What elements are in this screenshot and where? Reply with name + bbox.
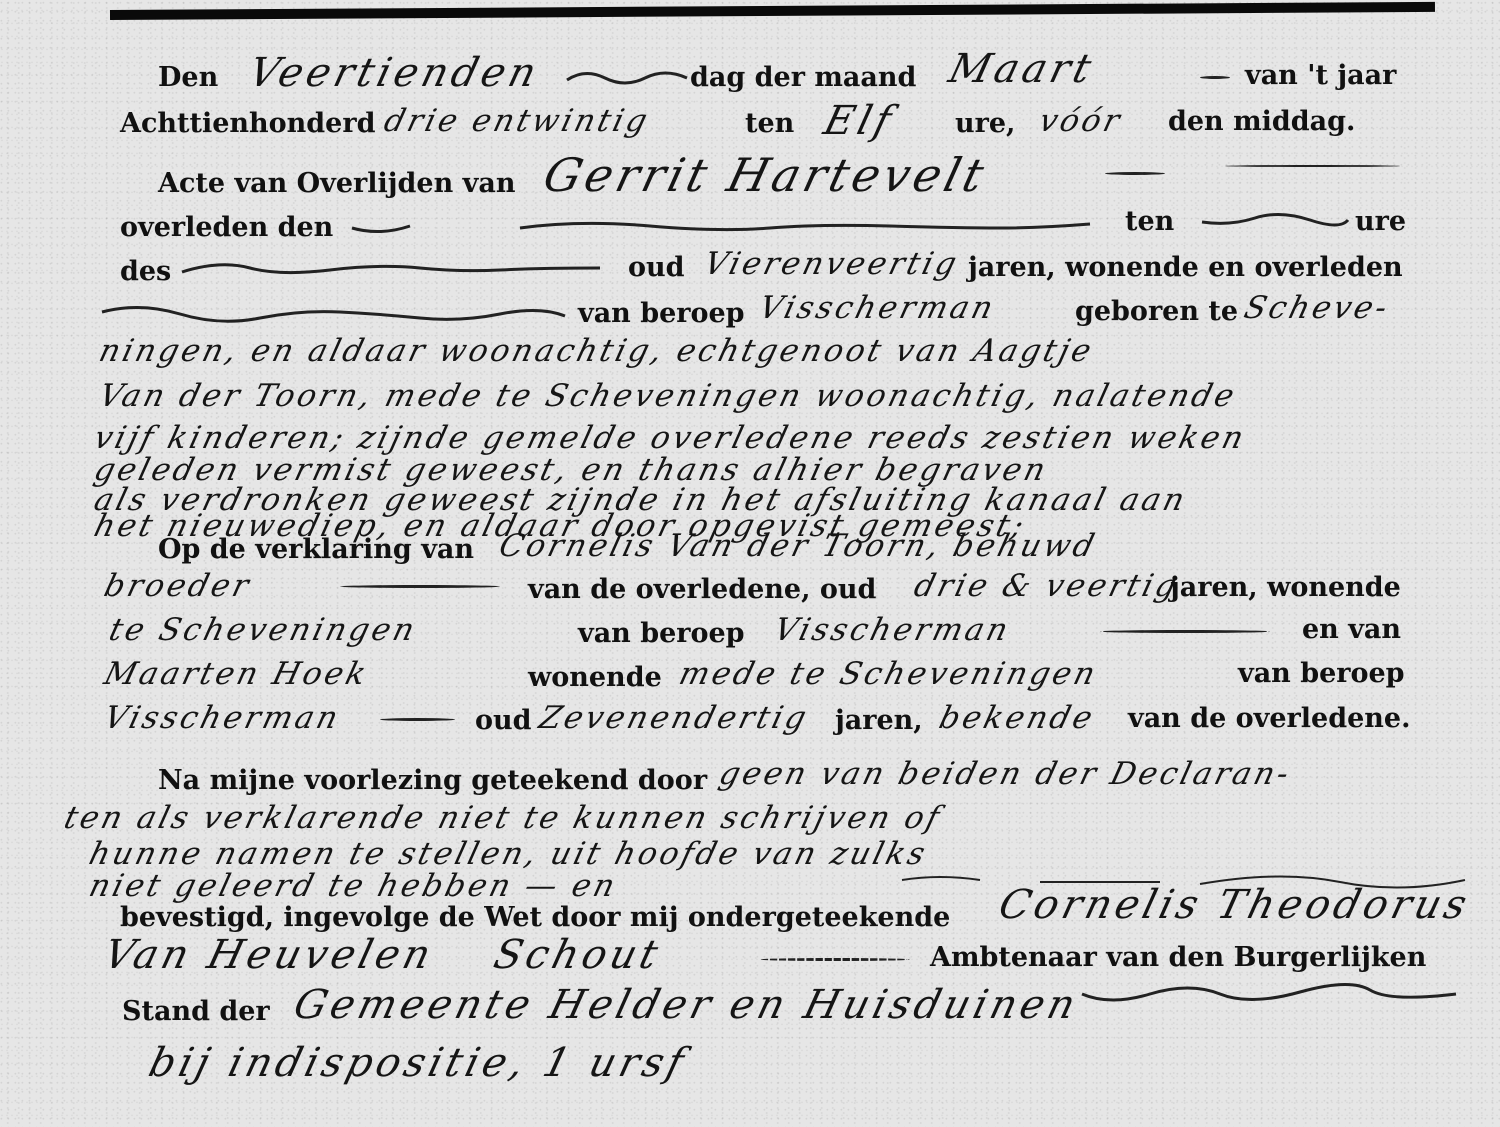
handwritten-official-name-1: Cornelis Theodorus [994,882,1475,928]
printed-ten: ten [745,108,794,139]
printed-dag-der-maand: dag der maand [690,62,916,93]
handwritten-official-name-2: Van Heuvelen [99,932,439,978]
printed-ure: ure, [955,108,1015,139]
printed-achttienhonderd: Achttienhonderd [120,108,375,139]
narrative-line: Van der Toorn, mede te Scheveningen woon… [96,378,1241,414]
printed-den-middag: den middag. [1168,106,1355,137]
printed-geboren-te: geboren te [1075,296,1238,327]
printed-van-de-overledene-oud: van de overledene, oud [528,574,876,605]
printed-oud-2: oud [475,705,532,736]
printed-op-de-verklaring-van: Op de verklaring van [158,534,474,565]
signed-line: geen van beiden der Declaran- [716,756,1296,792]
filler-flourish [350,218,1100,240]
handwritten-declarant1-name: Cornelis Van der Toorn, behuwd [496,528,1101,564]
handwritten-declarant1-relation: broeder [101,568,256,604]
printed-stand-der: Stand der [122,996,270,1027]
narrative-line: vijf kinderen; zijnde gemelde overledene… [91,420,1251,456]
printed-ambtenaar: Ambtenaar van den Burgerlijken [930,942,1426,973]
filler-flourish [1080,982,1460,1008]
handwritten-declarant1-occupation: Visscherman [771,612,1015,648]
filler-dash [1100,630,1270,633]
handwritten-declarant2-occupation: Visscherman [101,700,345,736]
signed-line: niet geleerd te hebben — en [86,868,622,904]
printed-van-t-jaar: van 't jaar [1245,60,1396,91]
filler-flourish [565,68,690,88]
printed-van-beroep: van beroep [578,298,745,329]
handwritten-birthplace-start: Scheve- [1241,290,1394,326]
printed-ure-2: ure [1355,206,1406,237]
handwritten-declarant2-relation: bekende [936,700,1099,736]
handwritten-day: Veertienden [244,50,545,96]
handwritten-age-words: Vierenveertig [701,246,963,282]
handwritten-hour: Elf [819,98,899,144]
printed-jaren-wonende-en-overleden: jaren, wonende en overleden [968,252,1403,283]
printed-des: des [120,256,171,287]
handwritten-year-words: drie entwintig [381,103,654,139]
printed-jaren-wonende: jaren, wonende [1170,572,1401,603]
handwritten-official-title: Schout [489,932,666,978]
signed-line: ten als verklarende niet te kunnen schri… [61,800,946,836]
printed-den: Den [158,62,218,93]
printed-wonende: wonende [528,662,662,693]
handwritten-declarant2-age: Zevenendertig [536,700,813,736]
filler-dash [1225,165,1400,167]
printed-ten-2: ten [1125,206,1174,237]
filler-flourish [1200,212,1350,230]
printed-oud: oud [628,252,685,283]
printed-overleden-den: overleden den [120,212,333,243]
printed-van-beroep-2: van beroep [578,618,745,649]
filler-flourish [180,258,610,280]
signed-line: hunne namen te stellen, uit hoofde van z… [86,836,932,872]
handwritten-declarant1-age: drie & veertig [911,568,1183,604]
printed-van-de-overledene: van de overledene. [1128,703,1410,734]
handwritten-declarant1-residence: te Scheveningen [106,612,421,648]
printed-en-van: en van [1302,614,1401,645]
printed-bevestigd: bevestigd, ingevolge de Wet door mij ond… [120,902,950,933]
handwritten-deceased-name: Gerrit Hartevelt [538,148,993,202]
handwritten-occupation: Visscherman [756,290,1000,326]
handwritten-postscript: bij indispositie, 1 ursf [144,1040,692,1086]
filler-dash [1105,172,1165,175]
handwritten-month: Maart [944,46,1099,92]
handwritten-municipality: Gemeente Helder en Huisduinen [289,982,1084,1028]
top-rule [110,2,1435,20]
filler-dash [760,958,910,961]
filler-dash [1200,76,1230,79]
filler-flourish [100,302,570,328]
printed-van-beroep-3: van beroep [1238,658,1405,689]
printed-jaren-2: jaren, [835,705,923,736]
handwritten-declarant2-name: Maarten Hoek [101,656,373,692]
filler-dash [380,718,455,721]
filler-dash [340,585,500,588]
narrative-line: ningen, en aldaar woonachtig, echtgenoot… [96,333,1098,369]
printed-na-mijne-voorlezing: Na mijne voorlezing geteekend door [158,765,707,796]
handwritten-time-of-day: vóór [1036,103,1127,139]
printed-acte-van-overlijden: Acte van Overlijden van [158,168,515,199]
handwritten-declarant2-residence: mede te Scheveningen [676,656,1102,692]
